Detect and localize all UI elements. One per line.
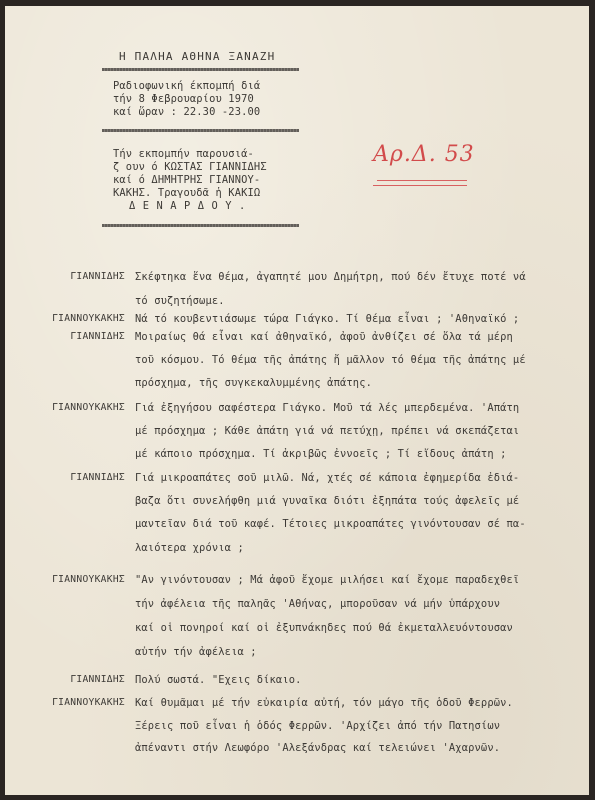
speaker-label: ΓΙΑΝΝΙΔΗΣ (70, 331, 125, 342)
presenters-line-1: Τήν εκπομπήν παρουσιά- (113, 148, 254, 162)
dialogue-line: μαντεῖαν διά τοῦ καφέ. Τέτοιες μικροαπάτ… (135, 518, 526, 530)
reference-underline-2 (373, 185, 467, 186)
dialogue-line: λαιότερα χρόνια ; (135, 542, 244, 554)
dialogue-line: Νά τό κουβεντιάσωμε τώρα Γιάγκο. Τί θέμα… (135, 313, 519, 325)
speaker-label: ΓΙΑΝΝΟΥΚΑΚΗΣ (52, 697, 125, 708)
dialogue-line: Πολύ σωστά. "Εχεις δίκαιο. (135, 674, 302, 686)
presenters-line-5-wrap: ΔΕΝΑΡΔΟΥ. (113, 200, 253, 214)
reference-underline-1 (377, 180, 467, 181)
dialogue-line: Γιά μικροαπάτες σοῦ μιλῶ. Νά, χτές σέ κά… (135, 472, 519, 484)
presenters-underline-rule (102, 224, 299, 227)
speaker-label: ΓΙΑΝΝΟΥΚΑΚΗΣ (52, 574, 125, 585)
dialogue-line: τήν ἀφέλεια τῆς παληᾶς 'Αθήνας, μποροῦσα… (135, 598, 500, 610)
broadcast-info-1: Ραδιοφωνική έκπομπή διά (113, 80, 260, 93)
speaker-label: ΓΙΑΝΝΙΔΗΣ (70, 674, 125, 685)
dialogue-line: Μοιραίως θά εἶναι καί ἀθηναϊκό, ἀφοῦ ἀνθ… (135, 331, 513, 343)
presenters-line-4: ΚΑΚΗΣ. Τραγουδᾶ ἡ ΚΑΚΙΩ (113, 187, 260, 201)
dialogue-line: καί οἱ πονηροί καί οἱ ἐξυπνάκηδες πού θά… (135, 622, 513, 634)
presenters-line-3: καί ό ΔΗΜΗΤΡΗΣ ΓΙΑΝΝΟΥ- (113, 174, 260, 188)
dialogue-line: τό συζητήσωμε. (135, 295, 225, 307)
dialogue-line: αὐτήν τήν ἀφέλεια ; (135, 646, 257, 658)
dialogue-line: Σκέφτηκα ἕνα θέμα, ἀγαπητέ μου Δημήτρη, … (135, 271, 526, 283)
typewritten-page: Η ΠΑΛΗΑ ΑΘΗΝΑ ΞΑΝΑΖΗ Ραδιοφωνική έκπομπή… (5, 6, 589, 795)
handwritten-archive-reference: Αρ.Δ. 53 (373, 142, 475, 167)
dialogue-line: Γιά ἐξηγήσου σαφέστερα Γιάγκο. Μοῦ τά λέ… (135, 402, 519, 414)
dialogue-line: Καί θυμᾶμαι μέ τήν εὐκαιρία αὐτή, τόν μά… (135, 697, 513, 709)
dialogue-line: "Αν γινόντουσαν ; Μά ἀφοῦ ἔχομε μιλήσει … (135, 574, 519, 586)
speaker-label: ΓΙΑΝΝΙΔΗΣ (70, 271, 125, 282)
dialogue-line: μέ πρόσχημα ; Κάθε ἀπάτη γιά νά πετύχῃ, … (135, 425, 519, 437)
broadcast-info-2: τήν 8 Φεβρουαρίου 1970 (113, 93, 254, 106)
speaker-label: ΓΙΑΝΝΟΥΚΑΚΗΣ (52, 402, 125, 413)
presenters-line-5: ΔΕΝΑΡΔΟΥ. (113, 200, 253, 212)
info-underline-rule (102, 129, 299, 132)
broadcast-info-3: καί ὥραν : 22.30 -23.00 (113, 106, 260, 119)
speaker-label: ΓΙΑΝΝΟΥΚΑΚΗΣ (52, 313, 125, 324)
dialogue-line: τοῦ κόσμου. Τό θέμα τῆς ἀπάτης ἤ μᾶλλον … (135, 354, 526, 366)
dialogue-line: ἀπέναντι στήν Λεωφόρο 'Αλεξάνδρας καί τε… (135, 742, 500, 754)
dialogue-line: Ξέρεις ποῦ εἶναι ἡ ὁδός Φερρῶν. 'Αρχίζει… (135, 720, 500, 732)
dialogue-line: πρόσχημα, τῆς συγκεκαλυμμένης ἀπάτης. (135, 377, 372, 389)
dialogue-line: μέ κάποιο πρόσχημα. Τί ἀκριβῶς ἐννοεῖς ;… (135, 448, 507, 460)
document-title: Η ΠΑΛΗΑ ΑΘΗΝΑ ΞΑΝΑΖΗ (119, 50, 275, 63)
speaker-label: ΓΙΑΝΝΙΔΗΣ (70, 472, 125, 483)
presenters-line-2: ζ ουν ό ΚΩΣΤΑΣ ΓΙΑΝΝΙΔΗΣ (113, 161, 267, 175)
title-underline-rule (102, 68, 299, 71)
dialogue-line: βαζα ὅτι συνελήφθη μιά γυναῖκα διότι ἐξη… (135, 495, 519, 507)
